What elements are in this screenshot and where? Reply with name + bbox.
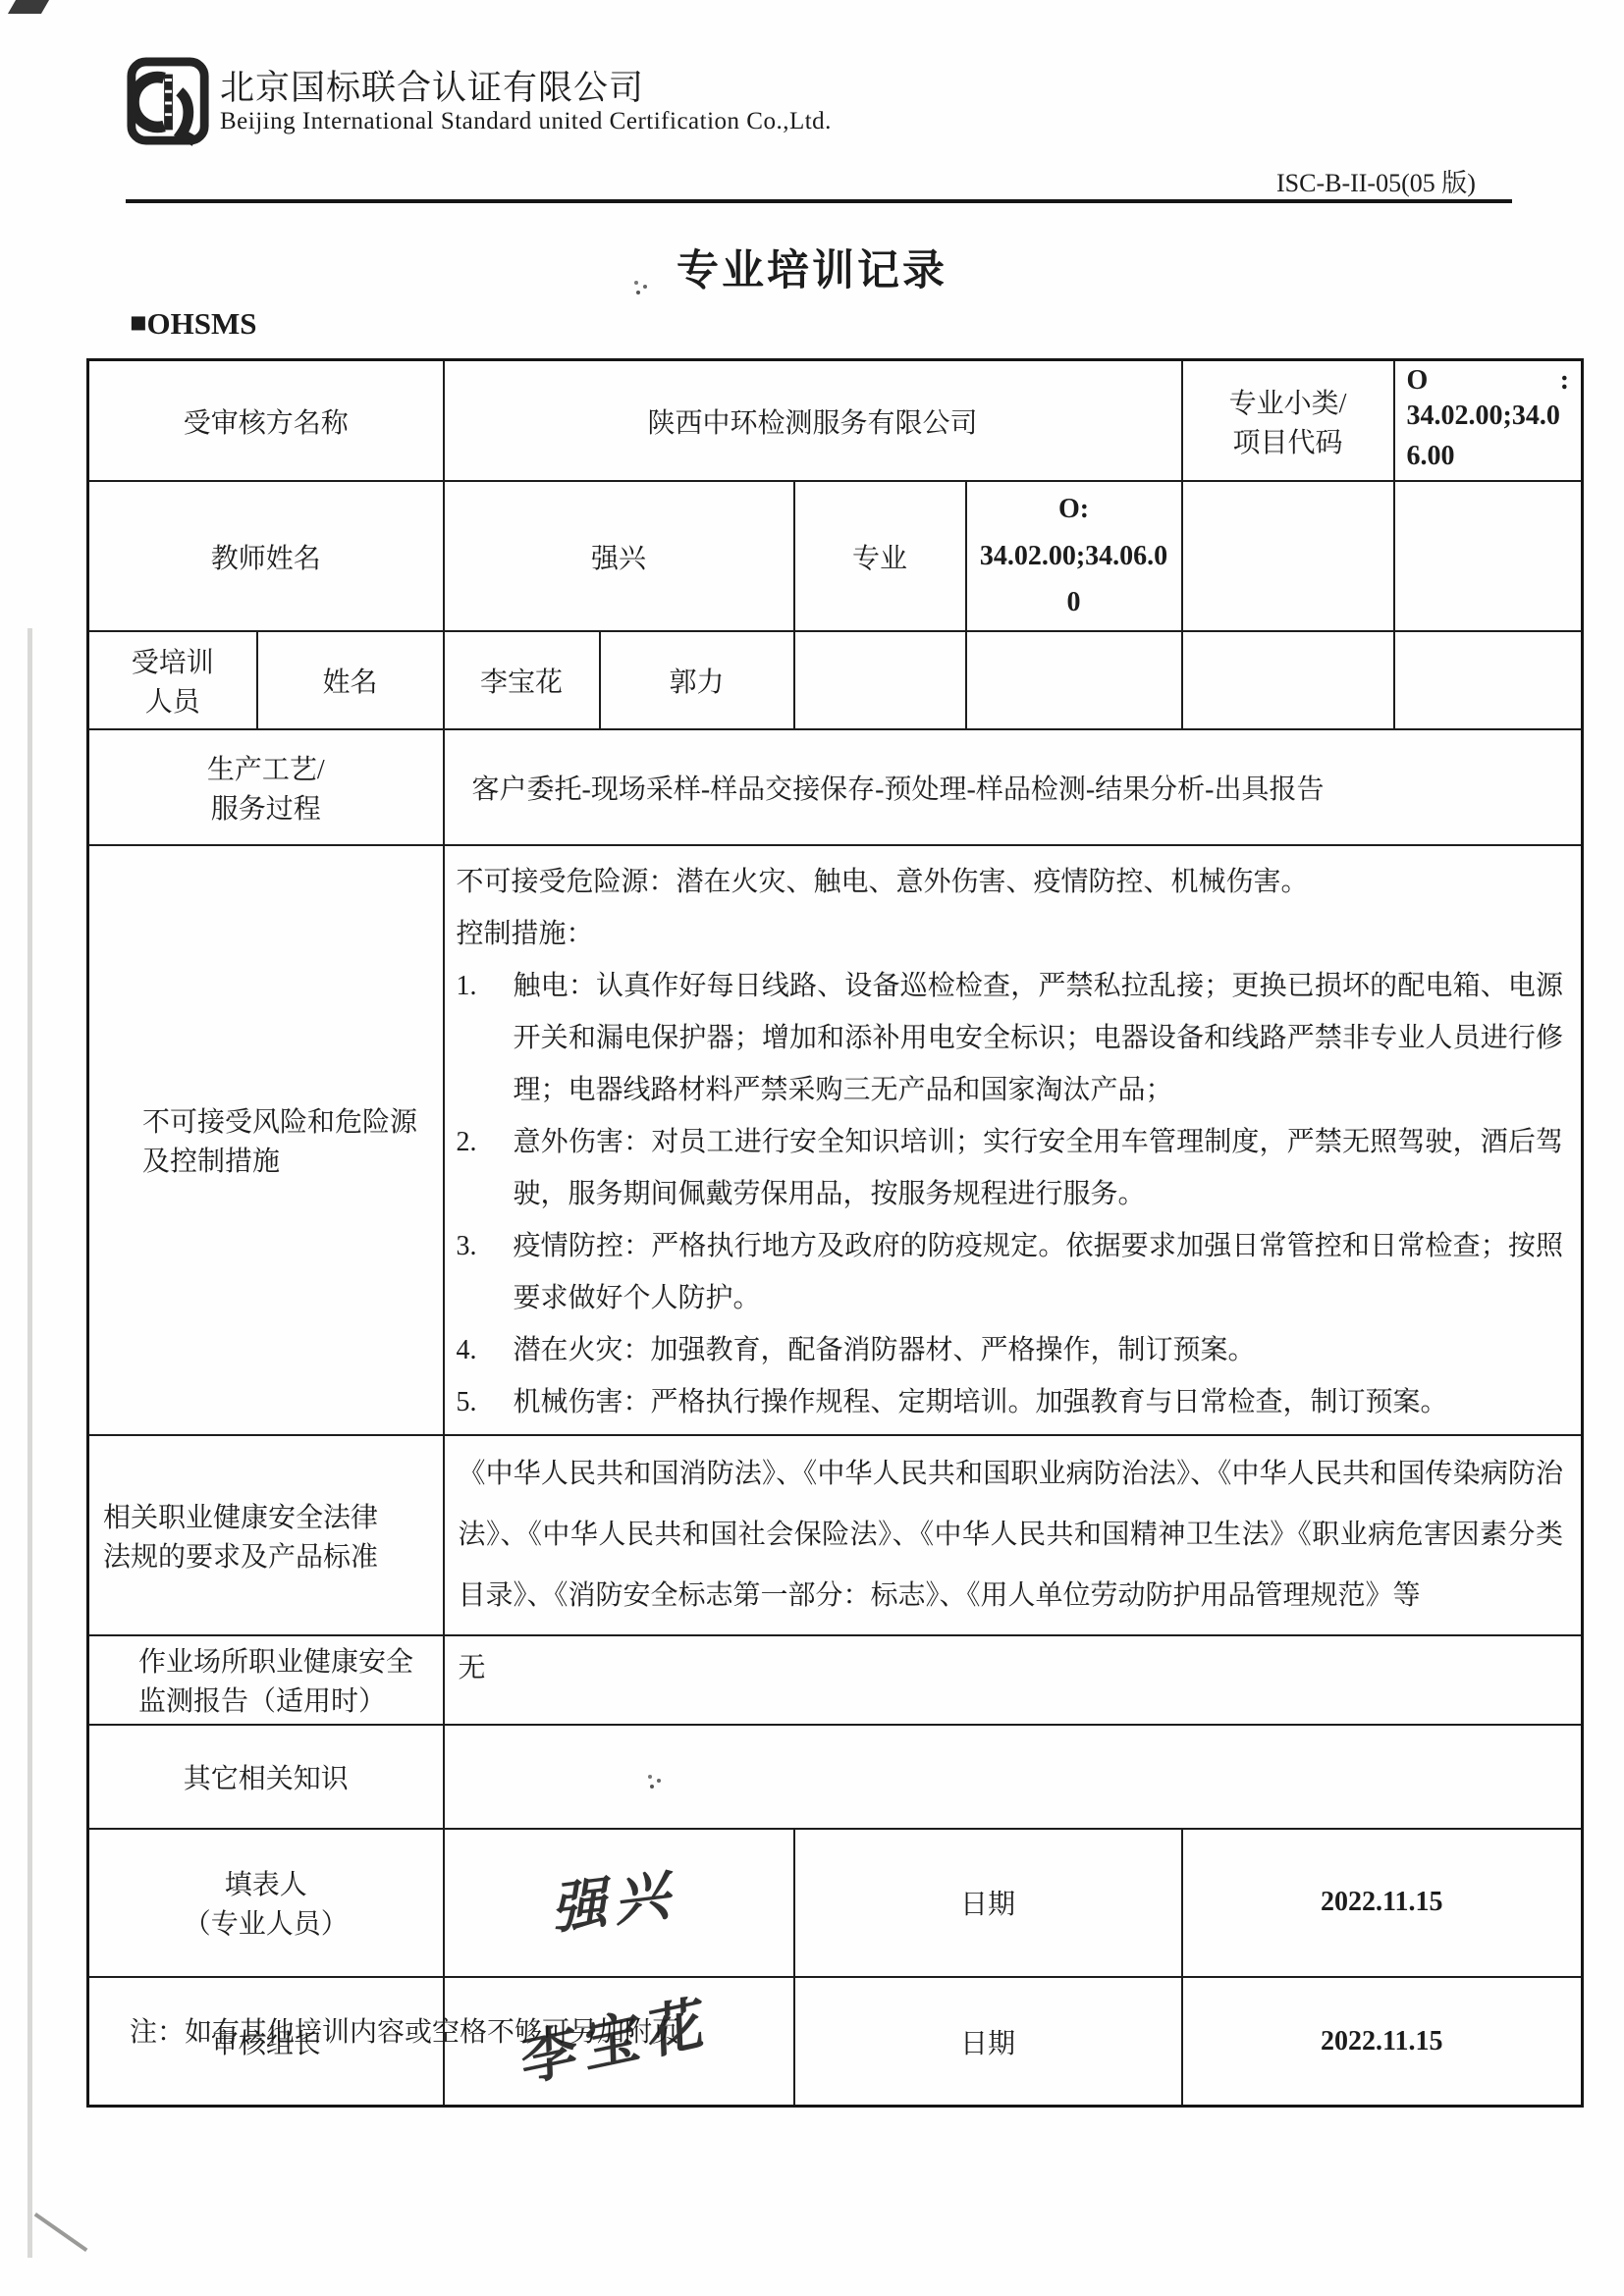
- filled-square-marker: ■: [130, 307, 147, 339]
- scan-artifact-corner: [8, 0, 49, 14]
- trainee-name-label: 姓名: [257, 631, 444, 729]
- trainee-name-2: 郭力: [600, 631, 794, 729]
- risk-item-text: 机械伤害：严格执行操作规程、定期培训。加强教育与日常检查，制订预案。: [514, 1376, 1564, 1428]
- auditee-value: 陕西中环检测服务有限公司: [444, 360, 1182, 482]
- ink-speck: [636, 291, 640, 294]
- empty-cell: [794, 631, 966, 729]
- row-laws: 相关职业健康安全法律 法规的要求及产品标准 《中华人民共和国消防法》、《中华人民…: [88, 1435, 1583, 1635]
- row-preparer: 填表人 （专业人员） 强兴 日期 2022.11.15: [88, 1829, 1583, 1977]
- risk-measures-title: 控制措施：: [457, 908, 1564, 960]
- teacher-value: 强兴: [444, 481, 794, 631]
- empty-cell: [1394, 481, 1583, 631]
- isc-certification-logo: [126, 57, 212, 147]
- subclass-code-value: 34.02.00;34.06.00: [1403, 397, 1574, 476]
- empty-cell: [1182, 631, 1394, 729]
- code-prefix: O: [1407, 365, 1429, 397]
- risk-item: 4. 潜在火灾：加强教育，配备消防器材、严格操作，制订预案。: [457, 1324, 1564, 1376]
- empty-cell: [1394, 631, 1583, 729]
- major-code-line2: 34.02.00;34.06.00: [975, 533, 1173, 626]
- scan-artifact-diagonal: [34, 2213, 88, 2252]
- empty-cell: [1182, 481, 1394, 631]
- preparer-handwritten-signature: 强兴: [552, 1867, 685, 1939]
- risk-content: 不可接受危险源：潜在火灾、触电、意外伤害、疫情防控、机械伤害。 控制措施： 1.…: [444, 845, 1583, 1435]
- preparer-date-label: 日期: [794, 1829, 1182, 1977]
- auditee-label: 受审核方名称: [88, 360, 444, 482]
- other-knowledge-value: [444, 1725, 1583, 1829]
- document-code: ISC-B-II-05(05 版): [1276, 163, 1476, 199]
- risk-item-text: 疫情防控：严格执行地方及政府的防疫规定。依据要求加强日常管控和日常检查；按照要求…: [514, 1220, 1564, 1324]
- row-teacher: 教师姓名 强兴 专业 O: 34.02.00;34.06.00: [88, 481, 1583, 631]
- risk-item-number: 5.: [457, 1376, 514, 1428]
- empty-cell: [966, 631, 1182, 729]
- footnote: 注：如有其他培训内容或空格不够可另加附页: [130, 2010, 679, 2050]
- major-code-line1: O:: [975, 486, 1173, 533]
- subclass-code-line1: O:: [1403, 365, 1574, 397]
- scan-artifact-left-edge: [27, 628, 32, 2258]
- risk-item: 3. 疫情防控：严格执行地方及政府的防疫规定。依据要求加强日常管控和日常检查；按…: [457, 1220, 1564, 1324]
- company-name-en: Beijing International Standard united Ce…: [220, 108, 832, 135]
- process-label: 生产工艺/ 服务过程: [88, 729, 444, 845]
- preparer-signature-cell: 强兴: [444, 1829, 794, 1977]
- risk-item-text: 意外伤害：对员工进行安全知识培训；实行安全用车管理制度，严禁无照驾驶，酒后驾驶，…: [514, 1116, 1564, 1220]
- scanned-training-record-page: 北京国标联合认证有限公司 Beijing International Stand…: [0, 0, 1624, 2296]
- risk-item: 2. 意外伤害：对员工进行安全知识培训；实行安全用车管理制度，严禁无照驾驶，酒后…: [457, 1116, 1564, 1220]
- system-tag: ■OHSMS: [130, 306, 257, 342]
- training-record-table: 受审核方名称 陕西中环检测服务有限公司 专业小类/ 项目代码 O: 34.02.…: [86, 358, 1584, 2108]
- risk-intro: 不可接受危险源：潜在火灾、触电、意外伤害、疫情防控、机械伤害。: [457, 856, 1564, 908]
- preparer-date-value: 2022.11.15: [1182, 1829, 1583, 1977]
- risk-item-number: 4.: [457, 1324, 514, 1376]
- row-monitoring: 作业场所职业健康安全 监测报告（适用时） 无: [88, 1635, 1583, 1725]
- risk-item-number: 2.: [457, 1116, 514, 1220]
- risk-item: 1. 触电：认真作好每日线路、设备巡检检查，严禁私拉乱接；更换已损坏的配电箱、电…: [457, 960, 1564, 1116]
- page-title: 专业培训记录: [0, 238, 1624, 297]
- process-value: 客户委托-现场采样-样品交接保存-预处理-样品检测-结果分析-出具报告: [444, 729, 1583, 845]
- laws-label: 相关职业健康安全法律 法规的要求及产品标准: [88, 1435, 444, 1635]
- teacher-label: 教师姓名: [88, 481, 444, 631]
- monitoring-value: 无: [444, 1635, 1583, 1725]
- risk-item-text: 触电：认真作好每日线路、设备巡检检查，严禁私拉乱接；更换已损坏的配电箱、电源开关…: [514, 960, 1564, 1116]
- risk-item-number: 1.: [457, 960, 514, 1116]
- row-trainees: 受培训 人员 姓名 李宝花 郭力: [88, 631, 1583, 729]
- major-label: 专业: [794, 481, 966, 631]
- ink-speck: [650, 1785, 654, 1789]
- trainee-name-1: 李宝花: [444, 631, 600, 729]
- reviewer-date-value: 2022.11.15: [1182, 1977, 1583, 2107]
- system-tag-label: OHSMS: [147, 306, 257, 341]
- row-other-knowledge: 其它相关知识: [88, 1725, 1583, 1829]
- risk-item-number: 3.: [457, 1220, 514, 1324]
- laws-value: 《中华人民共和国消防法》、《中华人民共和国职业病防治法》、《中华人民共和国传染病…: [444, 1435, 1583, 1635]
- row-process: 生产工艺/ 服务过程 客户委托-现场采样-样品交接保存-预处理-样品检测-结果分…: [88, 729, 1583, 845]
- risk-item: 5. 机械伤害：严格执行操作规程、定期培训。加强教育与日常检查，制订预案。: [457, 1376, 1564, 1428]
- reviewer-date-label: 日期: [794, 1977, 1182, 2107]
- code-colon: :: [1560, 365, 1569, 397]
- monitoring-label: 作业场所职业健康安全 监测报告（适用时）: [88, 1635, 444, 1725]
- subclass-code-cell: O: 34.02.00;34.06.00: [1394, 360, 1583, 482]
- row-risk: 不可接受风险和危险源 及控制措施 不可接受危险源：潜在火灾、触电、意外伤害、疫情…: [88, 845, 1583, 1435]
- other-knowledge-label: 其它相关知识: [88, 1725, 444, 1829]
- subclass-label: 专业小类/ 项目代码: [1182, 360, 1394, 482]
- company-name-cn: 北京国标联合认证有限公司: [220, 61, 644, 110]
- risk-label: 不可接受风险和危险源 及控制措施: [88, 845, 444, 1435]
- preparer-label: 填表人 （专业人员）: [88, 1829, 444, 1977]
- major-code-cell: O: 34.02.00;34.06.00: [966, 481, 1182, 631]
- trainee-group-label: 受培训 人员: [88, 631, 257, 729]
- row-auditee: 受审核方名称 陕西中环检测服务有限公司 专业小类/ 项目代码 O: 34.02.…: [88, 360, 1583, 482]
- risk-item-text: 潜在火灾：加强教育，配备消防器材、严格操作，制订预案。: [514, 1324, 1564, 1376]
- header-divider: [126, 199, 1512, 203]
